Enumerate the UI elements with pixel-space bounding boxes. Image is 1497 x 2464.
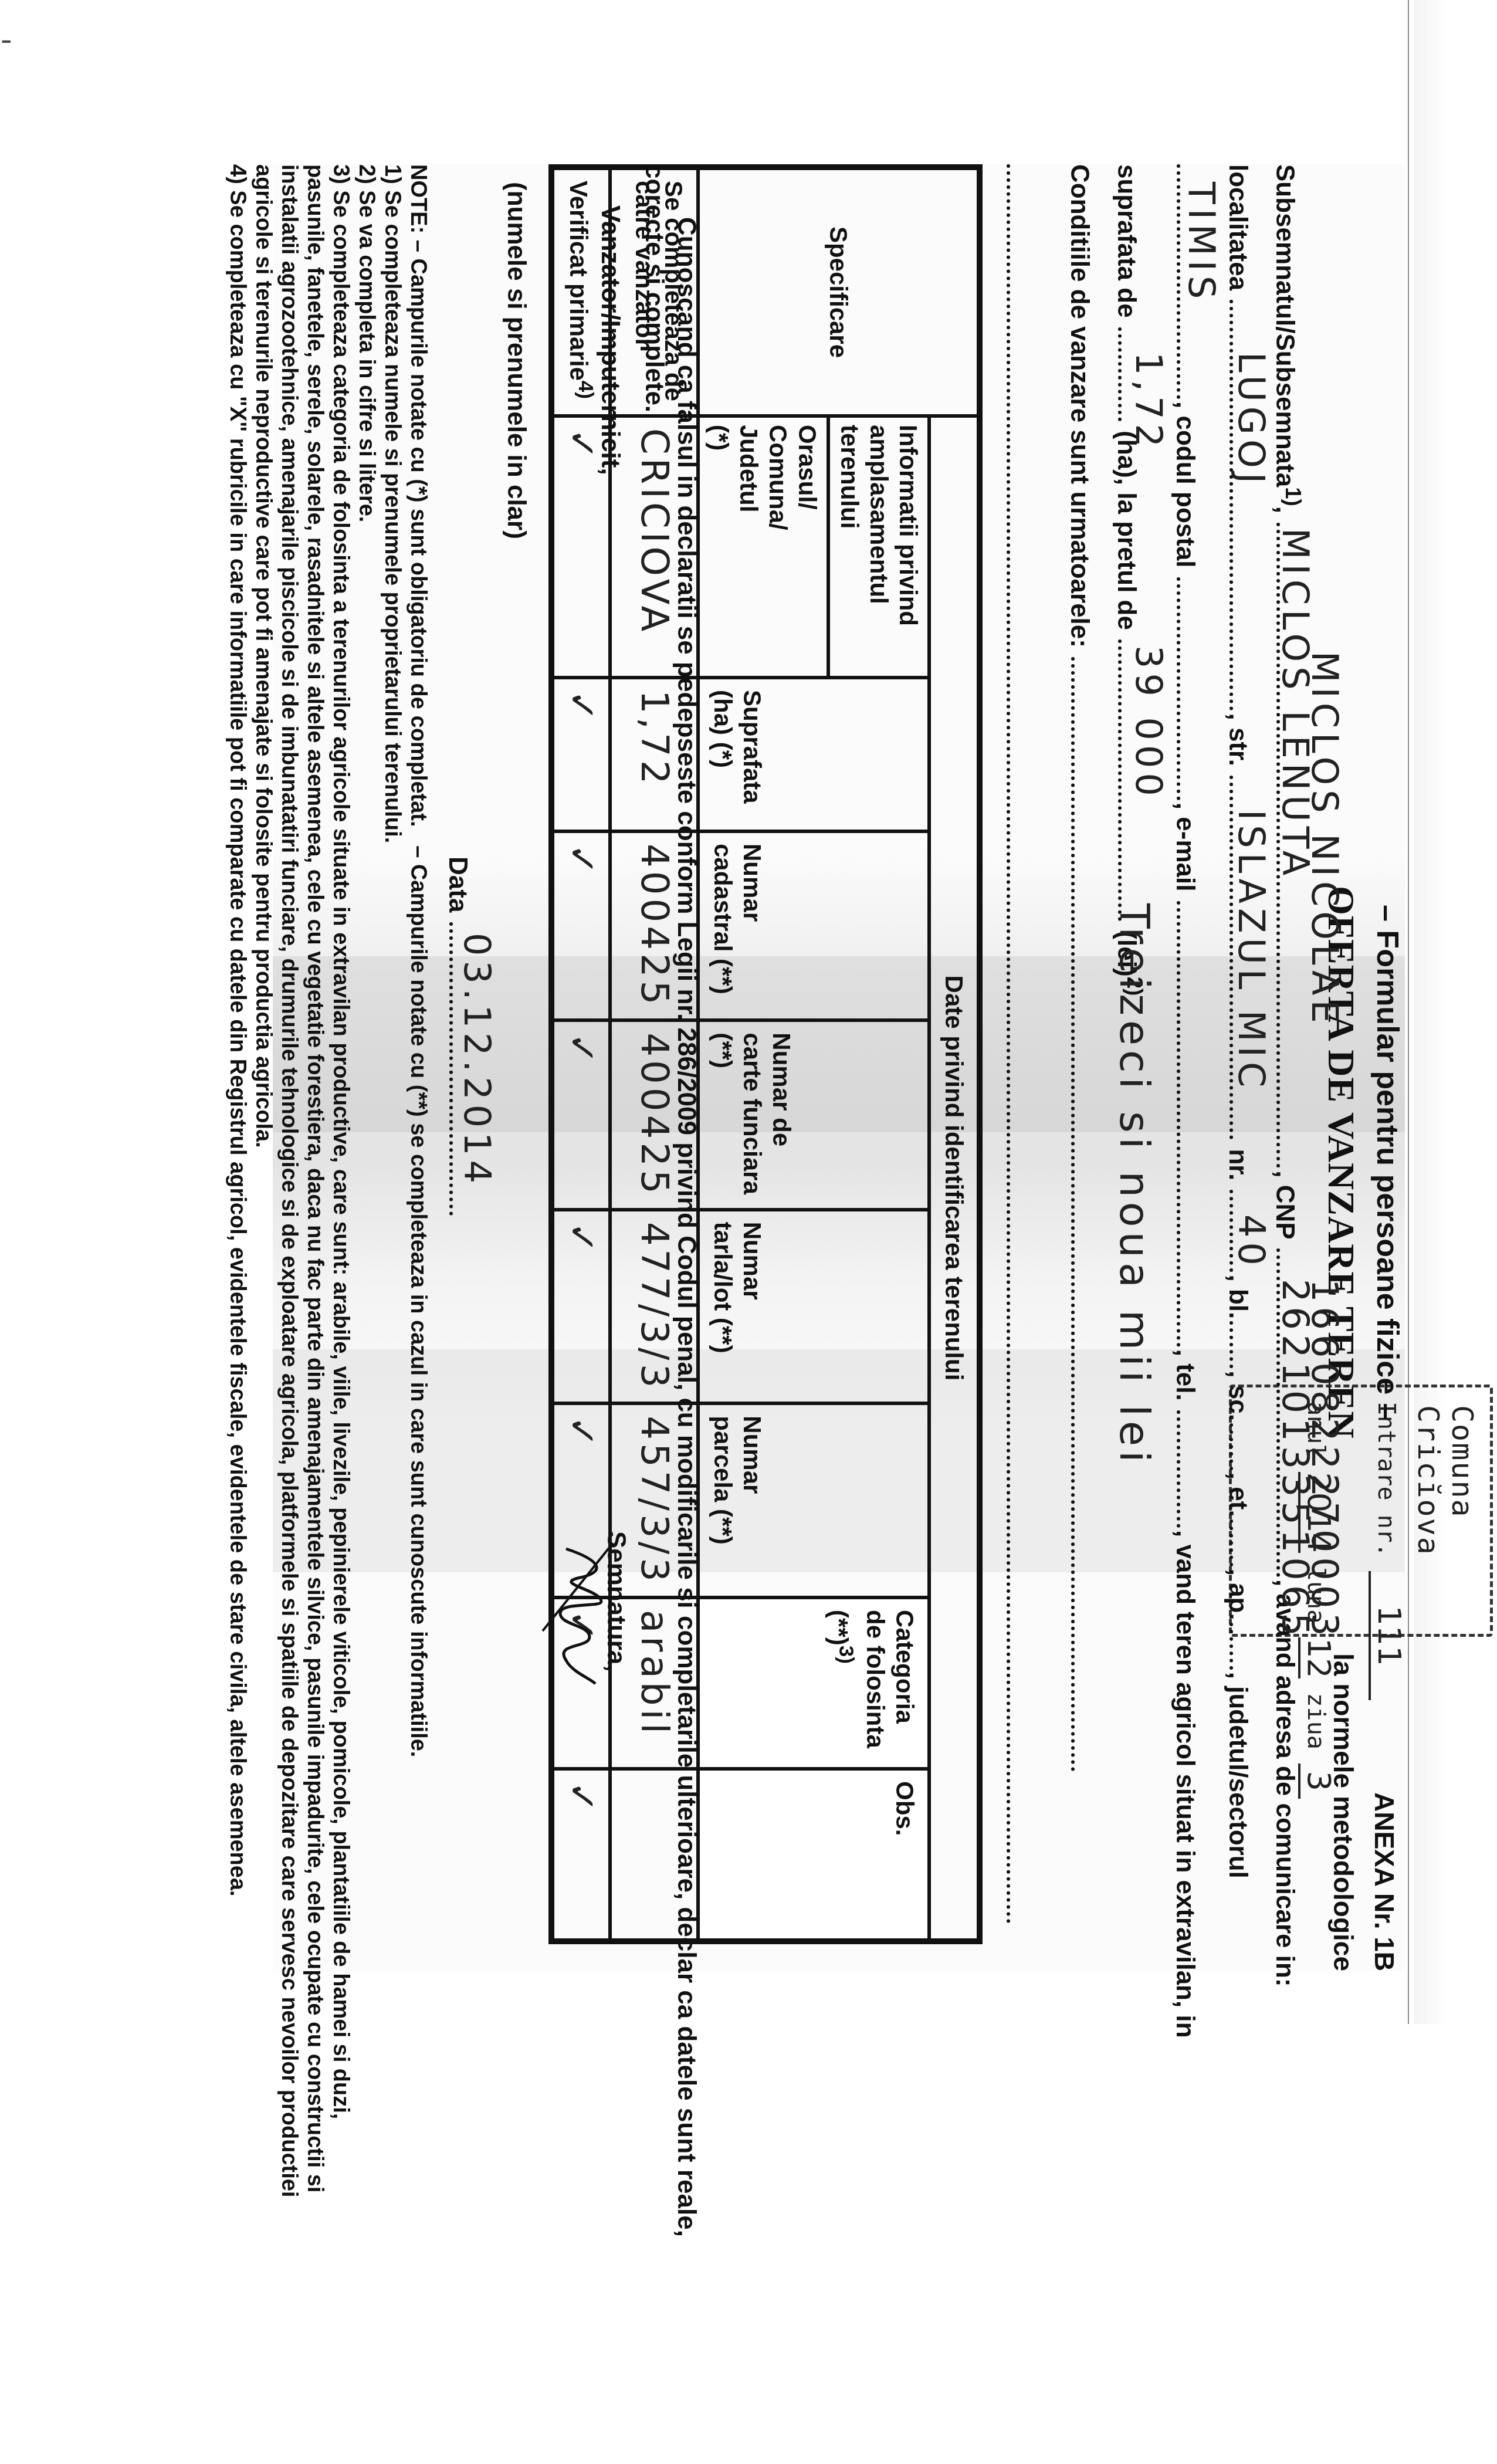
sale-conditions-label: Conditiile de vanzare sunt urmatoarele: <box>1065 164 1094 648</box>
intro-line-subsemnatul: Subsemnatul/Subsemnata1), , CNP , avand … <box>1270 164 1305 1986</box>
email-label: e-mail <box>1171 817 1200 891</box>
cnp-label: CNP <box>1271 1185 1299 1239</box>
note-item: agricole si terenurile neproductive care… <box>250 164 276 2197</box>
price-in-letters: Treizeci si noua mii lei <box>1110 903 1159 1467</box>
intro-line-contact: , codul postal , e-mail , tel. , vand te… <box>1170 164 1200 2038</box>
cnp-value-2: 2621013351065 <box>1274 1279 1317 1641</box>
date-field[interactable] <box>449 922 453 1216</box>
notes-required: – Campurile notate cu (*) sunt obligator… <box>406 240 431 827</box>
intro-line-area-price: suprafata de (ha), la pretul de (lei)2) <box>1112 164 1147 996</box>
seller-name-line <box>543 164 572 900</box>
seller-name-2: MICLOS LENUTA <box>1274 528 1317 880</box>
date-label: Data <box>443 857 472 912</box>
sale-conditions-field-2[interactable] <box>1007 164 1010 1924</box>
note-item: 2) Se va completa in cifre si litere. <box>354 164 380 2197</box>
postal-code-label: codul postal <box>1171 415 1200 567</box>
phone-label: tel. <box>1171 1363 1200 1401</box>
area-label: suprafata de <box>1112 164 1141 318</box>
area-unit-price-label: (ha), la pretul de <box>1112 431 1141 630</box>
address-label: avand adresa de comunicare in: <box>1271 1593 1299 1986</box>
note-item: 4) Se completeaza cu "X" rubricile in ca… <box>225 164 250 2197</box>
table-header-location: Informatii privind amplasamentul terenul… <box>698 416 929 678</box>
table-header-area: Suprafata (ha) (*) <box>698 678 929 831</box>
county-value: TIMIS <box>1180 182 1223 303</box>
localitatea-value: LUGOJ <box>1230 352 1273 488</box>
check-mark-icon[interactable]: ✓ <box>551 1020 610 1209</box>
table-header-land-book: Numar de carte funciara (**) <box>698 1020 929 1209</box>
scanner-margin <box>1414 0 1449 2024</box>
check-mark-icon[interactable]: ✓ <box>551 1210 610 1404</box>
note-item: 3) Se completeaza categoria de folosinta… <box>328 164 354 2197</box>
number-label: nr. <box>1224 1149 1252 1180</box>
stamp-title: Comuna Cricĭova <box>1411 1405 1479 1634</box>
floor-field[interactable] <box>1230 1519 1233 1566</box>
notes-heading: NOTE: <box>406 164 431 233</box>
table-group-header-amplasament: Informatii privind amplasamentul terenul… <box>827 418 927 676</box>
sale-conditions-field[interactable] <box>1071 657 1075 1772</box>
annex-label: ANEXA Nr. 1B <box>1364 1653 1405 1971</box>
note-item: instalatii agrozootehnice, amenajarile p… <box>276 164 302 2197</box>
number-value: 40 <box>1230 1214 1273 1270</box>
table-header-obs: Obs. <box>698 1769 929 1941</box>
table-group-header-row: Specificare Date privind identificarea t… <box>929 167 980 1941</box>
signature-scribble <box>537 1537 625 1690</box>
postal-code-field[interactable] <box>1177 577 1180 800</box>
notes-line-1: NOTE: – Campurile notate cu (*) sunt obl… <box>405 164 431 2197</box>
seller-label: Vanzator/Imputernicit, <box>595 205 625 475</box>
table-header-parcel: Numar parcela (**) <box>698 1403 929 1597</box>
table-header-specificare: Specificare <box>698 167 980 416</box>
table-header-cadastral: Numar cadastral (**) <box>698 831 929 1020</box>
corner-mark: ـ <box>2 18 10 49</box>
note-item: pasunile, fanetele, serele, solarele, ra… <box>302 164 328 2197</box>
notes-section: NOTE: – Campurile notate cu (*) sunt obl… <box>225 164 431 2197</box>
scanner-edge-line <box>1408 0 1409 2024</box>
sale-offer-form-page: ANEXA Nr. 1B la normele metodologice Com… <box>273 164 1405 1971</box>
table-group-header-identificare: Date privind identificarea terenului <box>929 416 980 1941</box>
check-mark-icon[interactable]: ✓ <box>551 1769 610 1941</box>
table-header-use-category: Categoria de folosinta (**)3) <box>698 1597 929 1769</box>
block-field[interactable] <box>1230 1321 1233 1368</box>
stamp-registration-line: Intrare nr. 111 <box>1369 1402 1408 1700</box>
note-item: 1) Se completeaza numele si prenumele pr… <box>380 164 405 2197</box>
area-value: 1,72 <box>1127 352 1170 452</box>
area-field[interactable] <box>1118 327 1122 421</box>
table-header-tarla: Numar tarla/lot (**) <box>698 1210 929 1404</box>
date-value: 03.12.2014 <box>456 933 499 1188</box>
street-label: str. <box>1224 727 1252 766</box>
sale-conditions-line-2 <box>1000 164 1029 1927</box>
staircase-field[interactable] <box>1230 1423 1233 1470</box>
subsemnatul-label: Subsemnatul/Subsemnata <box>1271 164 1299 487</box>
declaration-text: Cunoscand ca falsul in declaratii se ped… <box>672 217 701 2237</box>
notes-optional: – Campurile notate cu (**) se completeaz… <box>406 845 431 1757</box>
sale-conditions-line: Conditiile de vanzare sunt urmatoarele: <box>1065 164 1094 1774</box>
street-value: ISLAZUL MIC <box>1230 810 1273 1092</box>
sale-statement-label: vand teren agricol situat in extravilan,… <box>1171 1544 1200 2037</box>
apartment-field[interactable] <box>1230 1623 1233 1670</box>
price-field[interactable] <box>1118 639 1122 921</box>
stamp-registration-number: 111 <box>1369 1571 1408 1700</box>
localitatea-label: localitatea <box>1224 164 1252 290</box>
county-label: judetul/sectorul <box>1224 1686 1252 1879</box>
declaration-text-2: corecte si complete. <box>639 164 669 412</box>
price-value: 39 000 <box>1127 645 1170 801</box>
seller-name-hint: (numele si prenumele in clar) <box>502 182 531 539</box>
seller-printed-name-field[interactable] <box>549 164 553 898</box>
form-subtitle: – Formular pentru persoane fizice – <box>1370 886 1405 1439</box>
table-subheader-row: Informatii privind amplasamentul terenul… <box>698 167 929 1941</box>
email-field[interactable] <box>1177 901 1180 1347</box>
phone-field[interactable] <box>1177 1410 1180 1528</box>
